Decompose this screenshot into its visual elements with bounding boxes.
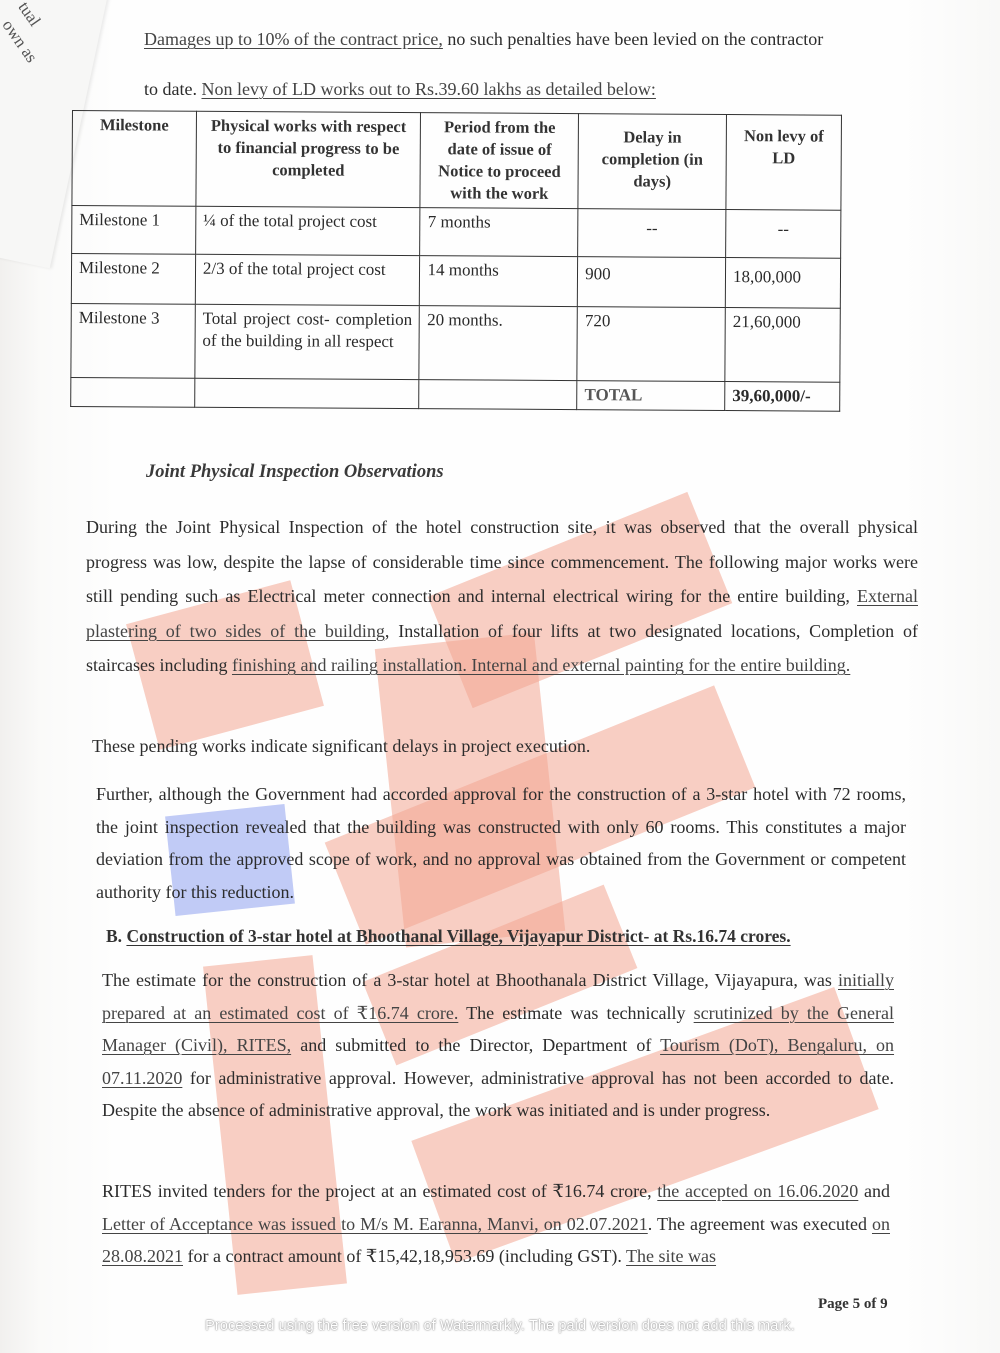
underlined-text: Letter of Acceptance was issued to M/s M… xyxy=(102,1214,648,1234)
table-row: Milestone 1 ¼ of the total project cost … xyxy=(72,206,841,259)
underlined-text: finishing and railing installation. Inte… xyxy=(232,655,850,675)
total-value: 39,60,000/- xyxy=(725,381,840,411)
liquidated-damages-table: Milestone Physical works with respect to… xyxy=(70,110,842,412)
section-b-title: Construction of 3-star hotel at Bhoothan… xyxy=(126,926,790,946)
total-label: TOTAL xyxy=(577,381,725,411)
works-cell: Total project cost- completion of the bu… xyxy=(195,304,420,379)
column-header: Milestone xyxy=(72,111,196,207)
milestone-cell: Milestone 2 xyxy=(71,254,195,305)
empty-cell xyxy=(71,377,195,407)
table-row: Milestone 3 Total project cost- completi… xyxy=(71,303,840,382)
table-total-row: TOTAL 39,60,000/- xyxy=(71,377,840,411)
ld-cell: 21,60,000 xyxy=(725,307,840,382)
empty-cell xyxy=(195,378,420,408)
inspection-paragraph: During the Joint Physical Inspection of … xyxy=(86,510,918,683)
column-header: Physical works with respect to financial… xyxy=(196,111,421,207)
pending-works-paragraph: These pending works indicate significant… xyxy=(92,729,892,763)
deviation-paragraph: Further, although the Government had acc… xyxy=(96,778,906,908)
page-number: Page 5 of 9 xyxy=(818,1296,888,1313)
ld-cell: -- xyxy=(726,209,841,258)
column-header: Delay in completion (in days) xyxy=(578,114,726,210)
period-cell: 7 months xyxy=(420,208,578,257)
intro-line-2: to date. Non levy of LD works out to Rs.… xyxy=(144,72,934,106)
milestone-cell: Milestone 1 xyxy=(72,206,196,255)
works-cell: ¼ of the total project cost xyxy=(195,206,420,255)
watermark-notice: Processed using the free version of Wate… xyxy=(0,1318,1000,1334)
underlined-text: Damages up to 10% of the contract price, xyxy=(144,29,443,49)
empty-cell xyxy=(419,380,577,410)
table-row: Milestone 2 2/3 of the total project cos… xyxy=(71,254,840,309)
intro-line-1: Damages up to 10% of the contract price,… xyxy=(144,22,934,56)
underlined-text: Non levy of LD works out to Rs.39.60 lak… xyxy=(201,79,655,99)
underlined-text: the accepted on 16.06.2020 xyxy=(657,1181,858,1201)
table-header-row: Milestone Physical works with respect to… xyxy=(72,111,842,211)
period-cell: 14 months xyxy=(420,256,578,307)
tender-paragraph: RITES invited tenders for the project at… xyxy=(102,1175,890,1273)
section-heading: Joint Physical Inspection Observations xyxy=(146,462,444,483)
column-header: Period from the date of issue of Notice … xyxy=(420,113,578,209)
column-header: Non levy of LD xyxy=(726,114,842,210)
estimate-paragraph: The estimate for the construction of a 3… xyxy=(102,964,894,1127)
section-b-heading: B. Construction of 3-star hotel at Bhoot… xyxy=(106,926,791,947)
ld-cell: 18,00,000 xyxy=(725,257,840,308)
delay-cell: -- xyxy=(578,209,726,258)
works-cell: 2/3 of the total project cost xyxy=(195,254,420,305)
delay-cell: 720 xyxy=(577,307,725,382)
period-cell: 20 months. xyxy=(419,306,577,381)
delay-cell: 900 xyxy=(578,257,726,308)
underlined-text: The site was xyxy=(626,1246,716,1266)
milestone-cell: Milestone 3 xyxy=(71,303,195,378)
